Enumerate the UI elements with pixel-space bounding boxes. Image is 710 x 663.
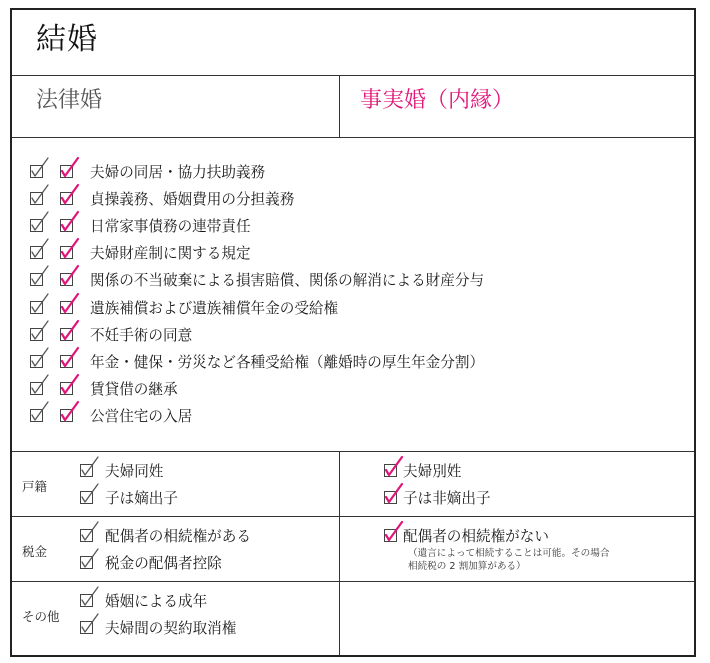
de-facto-checkbox-icon: [384, 491, 397, 504]
legal-check-wrap: [30, 246, 54, 259]
shared-rights-list: 夫婦の同居・協力扶助義務貞操義務、婚姻費用の分担義務日常家事債務の連帯責任夫婦財…: [30, 158, 484, 429]
shared-right-label: 日常家事債務の連帯責任: [90, 215, 251, 236]
de-facto-checkbox-icon: [60, 192, 73, 205]
legal-check-wrap: [30, 165, 54, 178]
shared-right-item: 年金・健保・労災など各種受給権（離婚時の厚生年金分割）: [30, 348, 484, 375]
tax-de-facto-list: 配偶者の相続権がない: [384, 522, 549, 549]
shared-right-label: 賃貸借の継承: [90, 378, 178, 399]
de-facto-check-wrap: [60, 273, 80, 286]
item-label: 子は嫡出子: [105, 487, 178, 508]
item-label: 婚姻による成年: [105, 590, 207, 611]
section-label-koseki: 戸籍: [22, 477, 47, 495]
de-facto-checkbox-icon: [60, 273, 73, 286]
legal-item: 配偶者の相続権がある: [80, 522, 251, 549]
item-label: 配偶者の相続権がある: [105, 525, 251, 546]
shared-right-label: 夫婦財産制に関する規定: [90, 242, 251, 263]
de-facto-item: 子は非嫡出子: [384, 484, 491, 511]
legal-item: 子は嫡出子: [80, 484, 178, 511]
legal-check-wrap: [30, 219, 54, 232]
legal-checkbox-icon: [80, 594, 93, 607]
de-facto-check-wrap: [60, 328, 80, 341]
legal-item: 婚姻による成年: [80, 587, 236, 614]
legal-checkbox-icon: [80, 464, 93, 477]
legal-checkbox-icon: [80, 621, 93, 634]
title-divider: [12, 75, 694, 76]
item-label: 配偶者の相続権がない: [403, 525, 549, 546]
legal-checkbox-icon: [30, 273, 43, 286]
legal-item: 税金の配偶者控除: [80, 549, 251, 576]
shared-right-item: 日常家事債務の連帯責任: [30, 212, 484, 239]
shared-right-item: 公営住宅の入居: [30, 402, 484, 429]
section-label-tax: 税金: [22, 542, 47, 560]
other-legal-list: 婚姻による成年夫婦間の契約取消権: [80, 587, 236, 641]
de-facto-check-wrap: [60, 382, 80, 395]
item-label: 夫婦間の契約取消権: [105, 617, 236, 638]
de-facto-check-wrap: [60, 301, 80, 314]
legal-item: 夫婦間の契約取消権: [80, 614, 236, 641]
de-facto-checkbox-icon: [60, 355, 73, 368]
legal-checkbox-icon: [30, 165, 43, 178]
item-label: 税金の配偶者控除: [105, 552, 222, 573]
legal-check-wrap: [30, 273, 54, 286]
header-divider: [12, 137, 694, 138]
de-facto-checkbox-icon: [60, 382, 73, 395]
shared-right-item: 貞操義務、婚姻費用の分担義務: [30, 185, 484, 212]
de-facto-check-wrap: [60, 246, 80, 259]
shared-right-label: 貞操義務、婚姻費用の分担義務: [90, 188, 294, 209]
section-divider-koseki: [12, 451, 694, 452]
legal-check-wrap: [30, 192, 54, 205]
inheritance-note: （遺言によって相続することは可能。その場合 相続税の 2 割加算がある）: [408, 547, 609, 573]
koseki-de-facto-list: 夫婦別姓子は非嫡出子: [384, 457, 491, 511]
legal-item: 夫婦同姓: [80, 457, 178, 484]
de-facto-checkbox-icon: [60, 219, 73, 232]
page-title: 結婚: [36, 22, 98, 58]
de-facto-check-wrap: [60, 192, 80, 205]
de-facto-checkbox-icon: [60, 165, 73, 178]
item-label: 夫婦別姓: [403, 460, 461, 481]
legal-checkbox-icon: [30, 192, 43, 205]
header-column-divider: [339, 75, 340, 137]
shared-right-label: 年金・健保・労災など各種受給権（離婚時の厚生年金分割）: [90, 351, 484, 372]
legal-checkbox-icon: [30, 301, 43, 314]
shared-right-item: 関係の不当破棄による損害賠償、関係の解消による財産分与: [30, 266, 484, 293]
legal-check-wrap: [30, 382, 54, 395]
legal-checkbox-icon: [30, 382, 43, 395]
legal-checkbox-icon: [80, 529, 93, 542]
de-facto-check-wrap: [60, 219, 80, 232]
shared-right-item: 不妊手術の同意: [30, 321, 484, 348]
item-label: 夫婦同姓: [105, 460, 163, 481]
de-facto-checkbox-icon: [384, 529, 397, 542]
shared-right-item: 賃貸借の継承: [30, 375, 484, 402]
legal-checkbox-icon: [30, 328, 43, 341]
de-facto-checkbox-icon: [384, 464, 397, 477]
legal-checkbox-icon: [80, 491, 93, 504]
legal-checkbox-icon: [30, 409, 43, 422]
legal-checkbox-icon: [30, 246, 43, 259]
shared-right-label: 不妊手術の同意: [90, 324, 192, 345]
column-header-legal-marriage: 法律婚: [36, 86, 102, 116]
shared-right-item: 夫婦財産制に関する規定: [30, 239, 484, 266]
section-divider-other: [12, 581, 694, 582]
legal-check-wrap: [30, 301, 54, 314]
legal-check-wrap: [30, 409, 54, 422]
section-column-divider: [339, 451, 340, 655]
shared-right-item: 遺族補償および遺族補償年金の受給権: [30, 293, 484, 320]
shared-right-item: 夫婦の同居・協力扶助義務: [30, 158, 484, 185]
section-divider-tax: [12, 516, 694, 517]
de-facto-checkbox-icon: [60, 301, 73, 314]
item-label: 子は非嫡出子: [403, 487, 491, 508]
de-facto-check-wrap: [60, 355, 80, 368]
de-facto-check-wrap: [60, 165, 80, 178]
column-header-de-facto-marriage: 事実婚（内縁）: [360, 86, 514, 116]
de-facto-checkbox-icon: [60, 409, 73, 422]
shared-right-label: 公営住宅の入居: [90, 405, 192, 426]
koseki-legal-list: 夫婦同姓子は嫡出子: [80, 457, 178, 511]
de-facto-item: 夫婦別姓: [384, 457, 491, 484]
de-facto-item: 配偶者の相続権がない: [384, 522, 549, 549]
de-facto-check-wrap: [60, 409, 80, 422]
legal-check-wrap: [30, 328, 54, 341]
legal-checkbox-icon: [80, 556, 93, 569]
shared-right-label: 遺族補償および遺族補償年金の受給権: [90, 297, 338, 318]
legal-checkbox-icon: [30, 219, 43, 232]
de-facto-checkbox-icon: [60, 246, 73, 259]
shared-right-label: 夫婦の同居・協力扶助義務: [90, 161, 265, 182]
shared-right-label: 関係の不当破棄による損害賠償、関係の解消による財産分与: [90, 269, 484, 290]
section-label-other: その他: [22, 607, 60, 625]
inheritance-note-line2: 相続税の 2 割加算がある）: [408, 560, 609, 573]
legal-check-wrap: [30, 355, 54, 368]
de-facto-checkbox-icon: [60, 328, 73, 341]
legal-checkbox-icon: [30, 355, 43, 368]
tax-legal-list: 配偶者の相続権がある税金の配偶者控除: [80, 522, 251, 576]
inheritance-note-line1: （遺言によって相続することは可能。その場合: [408, 547, 609, 560]
